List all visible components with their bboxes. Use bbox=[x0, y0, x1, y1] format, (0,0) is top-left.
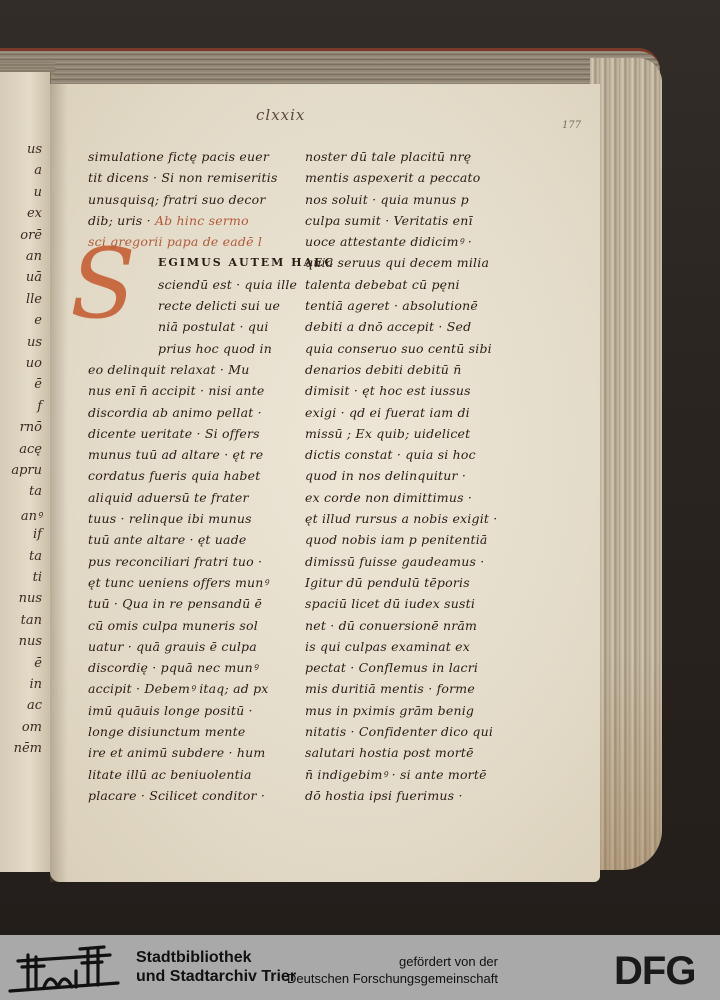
manuscript-line: pectat · Conflemus in lacri bbox=[305, 657, 505, 678]
manuscript-line: ex corde non dimittimus · bbox=[305, 487, 505, 508]
manuscript-line: dib; uris · Ab hinc sermo bbox=[88, 210, 310, 231]
verso-fragment: nus bbox=[19, 591, 42, 606]
verso-fragment: uo bbox=[26, 356, 42, 371]
verso-fragment: a bbox=[34, 163, 42, 178]
text-column-right: noster dū tale placitū nręmentis aspexer… bbox=[305, 146, 505, 806]
manuscript-line: simulatione fictę pacis euer bbox=[88, 146, 310, 167]
library-name: Stadtbibliothek und Stadtarchiv Trier bbox=[136, 948, 296, 986]
manuscript-line: tuū · Qua in re pensandū ē bbox=[88, 593, 310, 614]
manuscript-line: dictis constat · quia si hoc bbox=[305, 444, 505, 465]
manuscript-line: ęt tunc ueniens offers munꝰ bbox=[88, 572, 310, 593]
manuscript-line: quia seruus qui decem milia bbox=[305, 252, 505, 273]
manuscript-line: mentis aspexerit a peccato bbox=[305, 167, 505, 188]
verso-fragment: in bbox=[29, 677, 42, 692]
manuscript-line: uoce attestante didicimꝰ · bbox=[305, 231, 505, 252]
manuscript-line: eo delinquit relaxat · Mu bbox=[88, 359, 310, 380]
text-column-left: simulatione fictę pacis euertit dicens ·… bbox=[88, 146, 310, 806]
folio-number-arabic: 177 bbox=[562, 120, 581, 131]
manuscript-line: tuus · relinque ibi munus bbox=[88, 508, 310, 529]
verso-fragment: nēm bbox=[14, 741, 42, 756]
book-fore-edge bbox=[590, 58, 662, 870]
manuscript-line: recte delicti sui ue bbox=[88, 295, 310, 316]
manuscript-line: is qui culpas examinat ex bbox=[305, 636, 505, 657]
manuscript-line: salutari hostia post mortē bbox=[305, 742, 505, 763]
manuscript-line: prius hoc quod in bbox=[88, 338, 310, 359]
verso-fragment: an bbox=[26, 249, 42, 264]
verso-fragment: e bbox=[34, 313, 42, 328]
book-top-edge bbox=[0, 48, 660, 89]
manuscript-line: dō hostia ipsi fuerimus · bbox=[305, 785, 505, 806]
manuscript-line: aliquid aduersū te frater bbox=[88, 487, 310, 508]
manuscript-line: ęt illud rursus a nobis exigit · bbox=[305, 508, 505, 529]
folio-number-roman: clxxix bbox=[256, 106, 305, 124]
funding-note: gefördert von der Deutschen Forschungsge… bbox=[287, 953, 498, 987]
manuscript-line: net · dū conuersionē nrām bbox=[305, 615, 505, 636]
manuscript-line: pus reconciliari fratri tuo · bbox=[88, 551, 310, 572]
recto-page: clxxix 177 S simulatione fictę pacis eue… bbox=[50, 84, 600, 882]
manuscript-line: sciendū est · quia ille bbox=[88, 274, 310, 295]
verso-fragment: us bbox=[27, 142, 42, 157]
manuscript-line: cordatus fueris quia habet bbox=[88, 465, 310, 486]
verso-fragment: ti bbox=[33, 570, 42, 585]
manuscript-line: tuū ante altare · ęt uade bbox=[88, 529, 310, 550]
manuscript-line: litate illū ac beniuolentia bbox=[88, 764, 310, 785]
verso-fragment: us bbox=[27, 335, 42, 350]
verso-fragment: apru bbox=[11, 463, 42, 478]
manuscript-line: accipit · Debemꝰ itaq; ad px bbox=[88, 678, 310, 699]
manuscript-line: cū omis culpa muneris sol bbox=[88, 615, 310, 636]
verso-fragment: nus bbox=[19, 634, 42, 649]
manuscript-line: quod in nos delinquitur · bbox=[305, 465, 505, 486]
manuscript-line: imū quāuis longe positū · bbox=[88, 700, 310, 721]
manuscript-line: dimisit · ęt hoc est iussus bbox=[305, 380, 505, 401]
manuscript-line: mis duritiā mentis · forme bbox=[305, 678, 505, 699]
verso-page-sliver: usauexorēanuālleeusuoēfrnōacęaprutaanꝰif… bbox=[0, 72, 51, 872]
manuscript-line: dicente ueritate · Si offers bbox=[88, 423, 310, 444]
manuscript-line: unusquisq; fratri suo decor bbox=[88, 189, 310, 210]
verso-fragment: lle bbox=[26, 292, 42, 307]
manuscript-line: spaciū licet dū iudex susti bbox=[305, 593, 505, 614]
trier-bridge-logo-icon bbox=[6, 941, 126, 997]
manuscript-line: uatur · quā grauis ē culpa bbox=[88, 636, 310, 657]
verso-fragment: anꝰ bbox=[21, 506, 42, 524]
verso-fragment: ta bbox=[29, 549, 42, 564]
manuscript-line: culpa sumit · Veritatis enī bbox=[305, 210, 505, 231]
verso-fragment: uā bbox=[26, 270, 42, 285]
manuscript-line: mus in pximis grām benig bbox=[305, 700, 505, 721]
manuscript-line: quod nobis iam p penitentiā bbox=[305, 529, 505, 550]
manuscript-line: talenta debebat cū pęni bbox=[305, 274, 505, 295]
dfg-logo: DFG bbox=[614, 953, 695, 989]
verso-fragment: ē bbox=[34, 377, 42, 392]
verso-fragment: tan bbox=[21, 613, 42, 628]
verso-fragment: ta bbox=[29, 484, 42, 499]
verso-fragment: rnō bbox=[20, 420, 42, 435]
manuscript-line: discordię · pquā nec munꝰ bbox=[88, 657, 310, 678]
manuscript-line: tentiā ageret · absolutionē bbox=[305, 295, 505, 316]
manuscript-line: exigi · qd ei fuerat iam di bbox=[305, 402, 505, 423]
verso-fragment: if bbox=[33, 527, 42, 542]
verso-fragment: acę bbox=[19, 442, 42, 457]
manuscript-line: munus tuū ad altare · ęt re bbox=[88, 444, 310, 465]
manuscript-line: discordia ab animo pellat · bbox=[88, 402, 310, 423]
verso-fragment: ac bbox=[27, 698, 42, 713]
verso-fragment: f bbox=[37, 399, 42, 414]
manuscript-line: nitatis · Confidenter dico qui bbox=[305, 721, 505, 742]
manuscript-line: debiti a dnō accepit · Sed bbox=[305, 316, 505, 337]
manuscript-line: denarios debiti debitū n̄ bbox=[305, 359, 505, 380]
manuscript-line: Igitur dū pendulū tēporis bbox=[305, 572, 505, 593]
manuscript-line: longe disiunctum mente bbox=[88, 721, 310, 742]
manuscript-line: quia conseruo suo centū sibi bbox=[305, 338, 505, 359]
manuscript-line: n̄ indigebimꝰ · si ante mortē bbox=[305, 764, 505, 785]
verso-fragment: u bbox=[34, 185, 42, 200]
manuscript-line: ire et animū subdere · hum bbox=[88, 742, 310, 763]
verso-fragment: ē bbox=[34, 656, 42, 671]
verso-fragment: orē bbox=[20, 228, 42, 243]
manuscript-line: niā postulat · qui bbox=[88, 316, 310, 337]
manuscript-line: missū ; Ex quib; uidelicet bbox=[305, 423, 505, 444]
manuscript-line: sci gregorii papa de eadē l bbox=[88, 231, 310, 252]
manuscript-line: nus enī n̄ accipit · nisi ante bbox=[88, 380, 310, 401]
manuscript-line: EGIMUS AUTEM HAEC bbox=[88, 252, 310, 273]
manuscript-line: tit dicens · Si non remiseritis bbox=[88, 167, 310, 188]
verso-fragment: ex bbox=[27, 206, 42, 221]
verso-fragment: om bbox=[22, 720, 42, 735]
manuscript-line: noster dū tale placitū nrę bbox=[305, 146, 505, 167]
footer-banner: Stadtbibliothek und Stadtarchiv Trier ge… bbox=[0, 935, 720, 1000]
manuscript-line: nos soluit · quia munus p bbox=[305, 189, 505, 210]
manuscript-line: dimissū fuisse gaudeamus · bbox=[305, 551, 505, 572]
manuscript-line: placare · Scilicet conditor · bbox=[88, 785, 310, 806]
